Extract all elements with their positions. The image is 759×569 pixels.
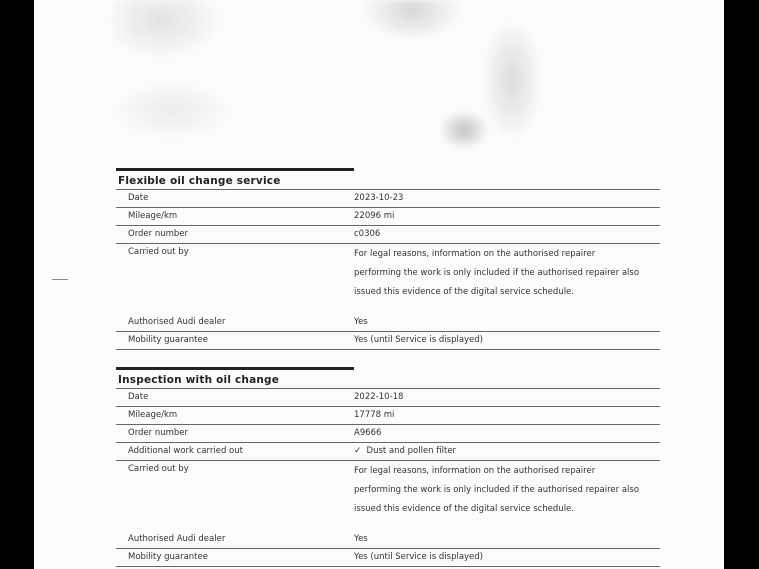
row-carried-out-by: Carried out by For legal reasons, inform… xyxy=(116,243,660,314)
row-mileage: Mileage/km 17778 mi xyxy=(116,406,660,424)
row-date: Date 2023-10-23 xyxy=(116,189,660,207)
document-page: Flexible oil change service Date 2023-10… xyxy=(34,0,724,569)
row-order-number: Order number A9666 xyxy=(116,424,660,442)
redacted-header xyxy=(112,0,582,150)
row-carried-out-by: Carried out by For legal reasons, inform… xyxy=(116,460,660,531)
section-title: Flexible oil change service xyxy=(116,174,660,189)
section-title-bar xyxy=(116,168,354,171)
row-mileage: Mileage/km 22096 mi xyxy=(116,207,660,225)
row-order-number: Order number c0306 xyxy=(116,225,660,243)
row-mobility-guarantee: Mobility guarantee Yes (until Service is… xyxy=(116,548,660,567)
row-authorised-dealer: Authorised Audi dealer Yes xyxy=(116,531,660,548)
row-authorised-dealer: Authorised Audi dealer Yes xyxy=(116,314,660,331)
checkmark-icon: ✓ xyxy=(354,446,362,456)
section-title: Inspection with oil change xyxy=(116,373,660,388)
section-inspection-oil-change: Inspection with oil change Date 2022-10-… xyxy=(116,367,660,567)
row-additional-work: Additional work carried out ✓Dust and po… xyxy=(116,442,660,460)
section-flexible-oil-change: Flexible oil change service Date 2023-10… xyxy=(116,168,660,350)
row-date: Date 2022-10-18 xyxy=(116,388,660,406)
margin-mark xyxy=(52,279,68,280)
row-mobility-guarantee: Mobility guarantee Yes (until Service is… xyxy=(116,331,660,350)
section-title-bar xyxy=(116,367,354,370)
